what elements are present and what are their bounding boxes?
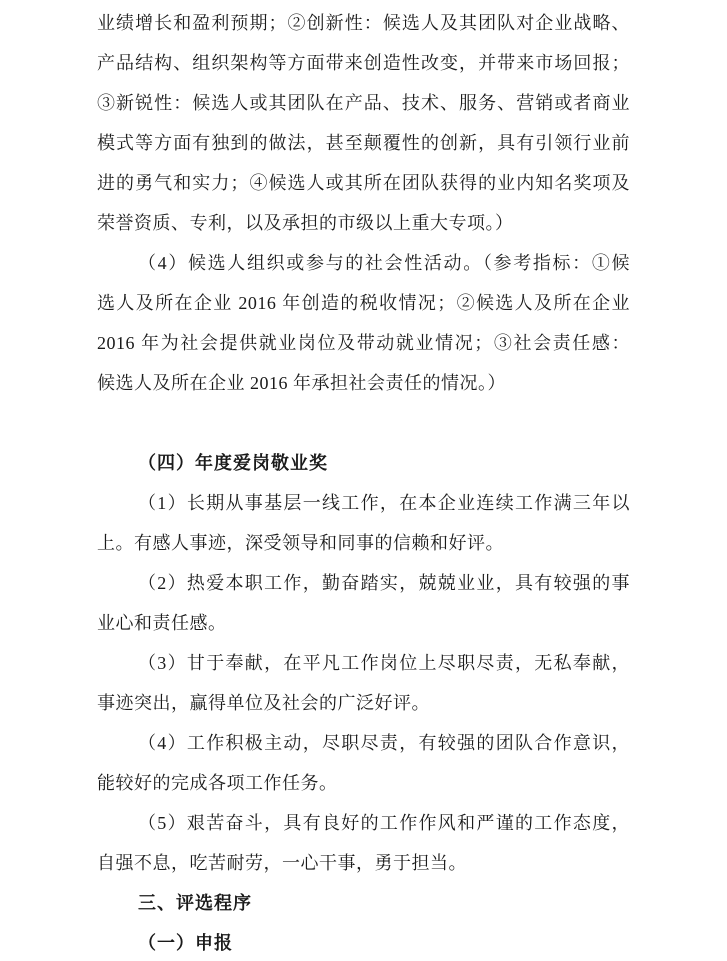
heading-annual-dedication-award: （四）年度爱岗敬业奖 — [97, 443, 630, 483]
body-line: （4）工作积极主动，尽职尽责，有较强的团队合作意识， — [97, 723, 630, 763]
body-line: 上。有感人事迹，深受领导和同事的信赖和好评。 — [97, 523, 630, 563]
body-line: 候选人及所在企业 2016 年承担社会责任的情况。） — [97, 363, 630, 403]
body-line: 自强不息，吃苦耐劳，一心干事，勇于担当。 — [97, 843, 630, 883]
heading-application: （一）申报 — [97, 923, 630, 961]
body-line: 能较好的完成各项工作任务。 — [97, 763, 630, 803]
body-line: 业心和责任感。 — [97, 603, 630, 643]
body-line: 进的勇气和实力；④候选人或其所在团队获得的业内知名奖项及 — [97, 163, 630, 203]
body-line: 模式等方面有独到的做法，甚至颠覆性的创新，具有引领行业前 — [97, 123, 630, 163]
body-line: 业绩增长和盈利预期；②创新性：候选人及其团队对企业战略、 — [97, 3, 630, 43]
body-line: 事迹突出，赢得单位及社会的广泛好评。 — [97, 683, 630, 723]
body-line: 产品结构、组织架构等方面带来创造性改变，并带来市场回报； — [97, 43, 630, 83]
body-line: 2016 年为社会提供就业岗位及带动就业情况；③社会责任感： — [97, 323, 630, 363]
paragraph-gap — [97, 403, 630, 443]
body-line: （5）艰苦奋斗，具有良好的工作作风和严谨的工作态度， — [97, 803, 630, 843]
document-page: 业绩增长和盈利预期；②创新性：候选人及其团队对企业战略、 产品结构、组织架构等方… — [97, 3, 630, 961]
body-line: （4）候选人组织或参与的社会性活动。（参考指标：①候 — [97, 243, 630, 283]
body-line: 荣誉资质、专利，以及承担的市级以上重大专项。） — [97, 203, 630, 243]
body-line: 选人及所在企业 2016 年创造的税收情况；②候选人及所在企业 — [97, 283, 630, 323]
body-line: （3）甘于奉献，在平凡工作岗位上尽职尽责，无私奉献， — [97, 643, 630, 683]
body-line: （1）长期从事基层一线工作，在本企业连续工作满三年以 — [97, 483, 630, 523]
body-line: ③新锐性：候选人或其团队在产品、技术、服务、营销或者商业 — [97, 83, 630, 123]
body-line: （2）热爱本职工作，勤奋踏实，兢兢业业，具有较强的事 — [97, 563, 630, 603]
heading-selection-procedure: 三、评选程序 — [97, 883, 630, 923]
